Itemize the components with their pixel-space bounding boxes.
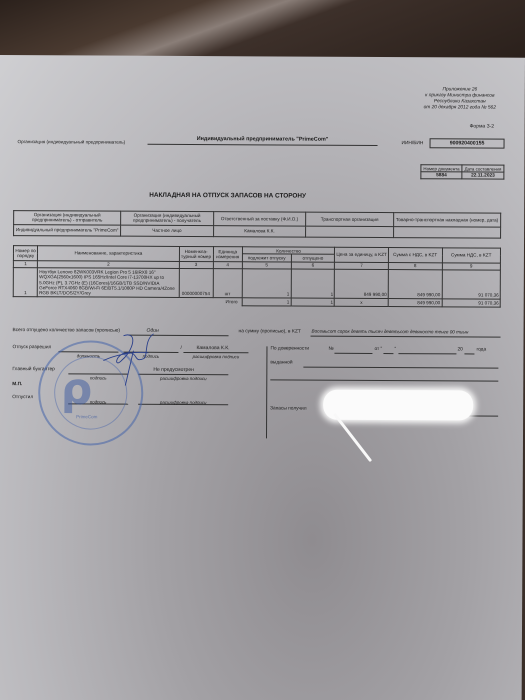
table-row: 1 Ноутбук Lenovo 82WK003VRK Legion Pro 5… [13, 268, 500, 300]
sum-words-value: Восемьсот сорок девять тысяч девятьсот д… [312, 329, 469, 335]
total-label: Итого [213, 298, 242, 306]
col-sum-vat-header: Сумма с НДС, в KZT [388, 248, 442, 263]
col-price-header: Цена за единицу, в KZT [335, 247, 389, 262]
sender-header: Организация (индивидуальный предпринимат… [14, 211, 121, 225]
col-name-header: Наименование, характеристика [38, 246, 179, 262]
document-title: НАКЛАДНАЯ НА ОТПУСК ЗАПАСОВ НА СТОРОНУ [149, 192, 409, 200]
stamp-logo-icon: ρ [61, 364, 93, 415]
appendix-reference: Приложение 26 к приказу Министра финансо… [400, 87, 520, 112]
redaction-whiteout [323, 390, 473, 421]
total-qty-release: 1 [242, 298, 291, 306]
poa-year-suffix: года [476, 347, 486, 352]
total-qty-released: 1 [291, 298, 335, 306]
total-row: Итого 1 1 x 849 990,00 91 070,36 [13, 297, 500, 307]
column-number: 1 [13, 260, 37, 268]
total-vat: 91 070,36 [442, 299, 501, 307]
appendix-line: от 20 декабря 2012 года № 562 [400, 105, 520, 112]
col-unit-header: Единица измерения [213, 247, 242, 262]
handwritten-signature [93, 330, 163, 385]
stamp-text: PrimeCom [76, 414, 97, 419]
item-nomenclature: 00000000754 [179, 269, 213, 298]
form-number: Форма З-2 [470, 123, 494, 129]
iin-label: ИИН/БИН [402, 141, 424, 146]
col-vat-header: Сумма НДС, в KZT [442, 248, 501, 263]
decode-caption: расшифровка подписи [183, 354, 248, 359]
parties-table: Организация (индивидуальный предпринимат… [13, 210, 501, 238]
release-allowed-label: Отпуск разрешил [12, 345, 51, 350]
sender-value: Индивидуальный предприниматель "PrimeCom… [14, 224, 121, 236]
separator: / [180, 346, 181, 351]
receiver-value: Частное лицо [121, 225, 214, 236]
sum-words-label: на сумму (прописью), в KZT [239, 329, 301, 334]
section-divider [266, 346, 267, 438]
released-by-label: Отпустил [12, 395, 33, 400]
responsible-header: Ответственный за поставку (Ф.И.О.) [213, 212, 306, 226]
poa-issued-label: выданной [270, 360, 292, 365]
transport-value [306, 226, 394, 237]
iin-value: 900920400155 [430, 138, 505, 148]
item-sum-vat: 849 990,00 [388, 270, 442, 299]
release-allowed-name: Камалова К.К. [196, 345, 229, 351]
item-qty-released: 1 [291, 269, 335, 298]
col-num-header: Номер по порядку [13, 246, 37, 261]
organization-label: Организация (индивидуальный предпринимат… [18, 139, 126, 145]
document-number: 5884 [421, 172, 462, 179]
total-price: x [335, 299, 389, 307]
waybill-document: Приложение 26 к приказу Министра финансо… [0, 55, 525, 700]
transport-header: Транспортная организация [306, 212, 394, 226]
responsible-value: Камалова К.К. [213, 225, 306, 236]
total-sum-vat: 849 990,00 [388, 299, 442, 307]
poa-label: По доверенности [270, 346, 309, 351]
redaction-whiteout-stroke [333, 413, 372, 462]
received-by-label: Запасы получил [270, 406, 306, 411]
poa-number-label: № [328, 347, 333, 352]
item-name: Ноутбук Lenovo 82WK003VRK Legion Pro 5 1… [38, 268, 179, 298]
col-nomenclature-header: Номенкла-турный номер [179, 246, 213, 261]
document-date: 22.11.2023 [462, 172, 504, 179]
item-num: 1 [13, 268, 37, 297]
column-number: 4 [213, 261, 242, 269]
decode-caption: расшифровка подписи [138, 400, 228, 405]
waybill-header: Товарно-транспортная накладная (номер, д… [393, 213, 500, 227]
poa-year-prefix: 20 [457, 347, 462, 352]
poa-from-label: от " [374, 347, 382, 352]
item-price: 849 990,00 [335, 269, 389, 298]
waybill-value [393, 226, 500, 238]
item-unit: шт [213, 269, 242, 298]
document-number-table: Номер документа Дата составления 5884 22… [420, 164, 504, 179]
desk-background [0, 0, 525, 60]
item-vat: 91 070,36 [442, 270, 501, 299]
receiver-header: Организация (индивидуальный предпринимат… [121, 211, 214, 225]
items-table: Номер по порядку Наименование, характери… [13, 245, 501, 307]
stamp-place-label: М.П. [12, 382, 22, 387]
item-qty-release: 1 [242, 269, 291, 298]
organization-name: Индивидуальный предприниматель "PrimeCom… [148, 136, 378, 146]
quote-mark: " [394, 347, 396, 352]
